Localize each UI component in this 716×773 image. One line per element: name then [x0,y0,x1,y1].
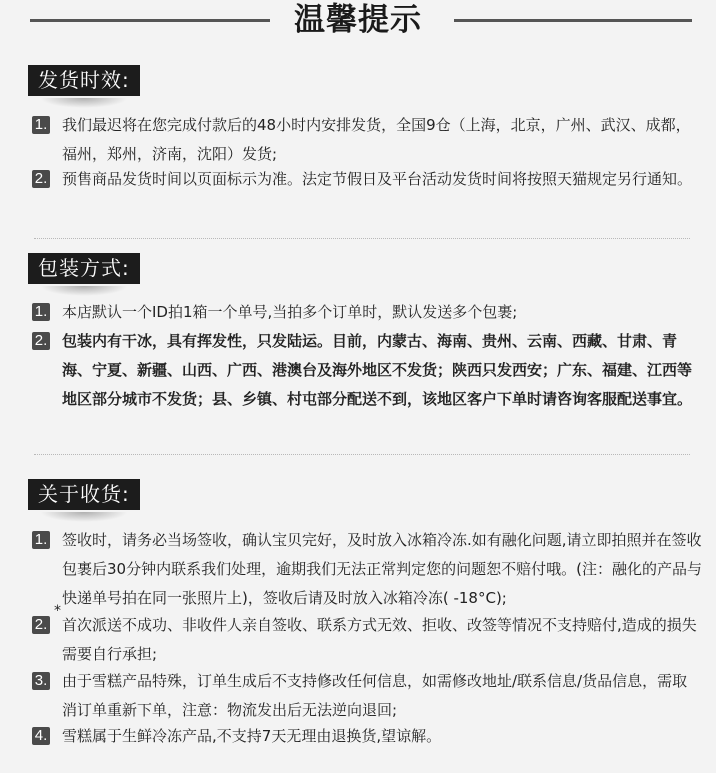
dotted-divider [34,454,690,455]
number-badge: 1. [32,303,50,321]
list-item: 2. 包装内有干冰，具有挥发性，只发陆运。目前，内蒙古、海南、贵州、云南、西藏、… [32,327,702,414]
number-badge: 2. [32,332,50,350]
list-item: 4. 雪糕属于生鲜冷冻产品,不支持7天无理由退换货,望谅解。 [32,722,702,751]
header-rule-right [454,19,692,22]
number-badge: 2. [32,170,50,188]
section-tag-receiving: 关于收货: [28,479,140,510]
item-text: 首次派送不成功、非收件人亲自签收、联系方式无效、拒收、改签等情况不支持赔付,造成… [62,611,702,669]
section-tag-shipping-time: 发货时效: [28,65,140,96]
item-text: 本店默认一个ID拍1箱一个单号,当拍多个订单时，默认发送多个包裹; [62,298,702,327]
item-text: 包装内有干冰，具有挥发性，只发陆运。目前，内蒙古、海南、贵州、云南、西藏、甘肃、… [62,327,702,414]
item-text: 由于雪糕产品特殊，订单生成后不支持修改任何信息，如需修改地址/联系信息/货品信息… [62,667,702,725]
section-tag-packaging: 包装方式: [28,253,140,284]
number-badge: 1. [32,116,50,134]
number-badge: 2. [32,616,50,634]
number-badge: 3. [32,672,50,690]
list-item: 1. 本店默认一个ID拍1箱一个单号,当拍多个订单时，默认发送多个包裹; [32,298,702,327]
item-text: 预售商品发货时间以页面标示为准。法定节假日及平台活动发货时间将按照天猫规定另行通… [62,165,702,194]
header: 温馨提示 [0,0,716,40]
list-item: 1. 签收时，请务必当场签收，确认宝贝完好，及时放入冰箱冷冻.如有融化问题,请立… [32,526,702,613]
list-item: 1. 我们最迟将在您完成付款后的48小时内安排发货，全国9仓（上海，北京，广州、… [32,111,702,169]
warm-tips-page: 温馨提示 发货时效: 1. 我们最迟将在您完成付款后的48小时内安排发货，全国9… [0,0,716,773]
item-text: 雪糕属于生鲜冷冻产品,不支持7天无理由退换货,望谅解。 [62,722,702,751]
dotted-divider [34,238,690,239]
list-item: 2. 首次派送不成功、非收件人亲自签收、联系方式无效、拒收、改签等情况不支持赔付… [32,611,702,669]
number-badge: 4. [32,727,50,745]
list-item: 3. 由于雪糕产品特殊，订单生成后不支持修改任何信息，如需修改地址/联系信息/货… [32,667,702,725]
list-item: 2. 预售商品发货时间以页面标示为准。法定节假日及平台活动发货时间将按照天猫规定… [32,165,702,194]
item-text: 我们最迟将在您完成付款后的48小时内安排发货，全国9仓（上海，北京，广州、武汉、… [62,111,702,169]
item-text: 签收时，请务必当场签收，确认宝贝完好，及时放入冰箱冷冻.如有融化问题,请立即拍照… [62,526,702,613]
number-badge: 1. [32,531,50,549]
